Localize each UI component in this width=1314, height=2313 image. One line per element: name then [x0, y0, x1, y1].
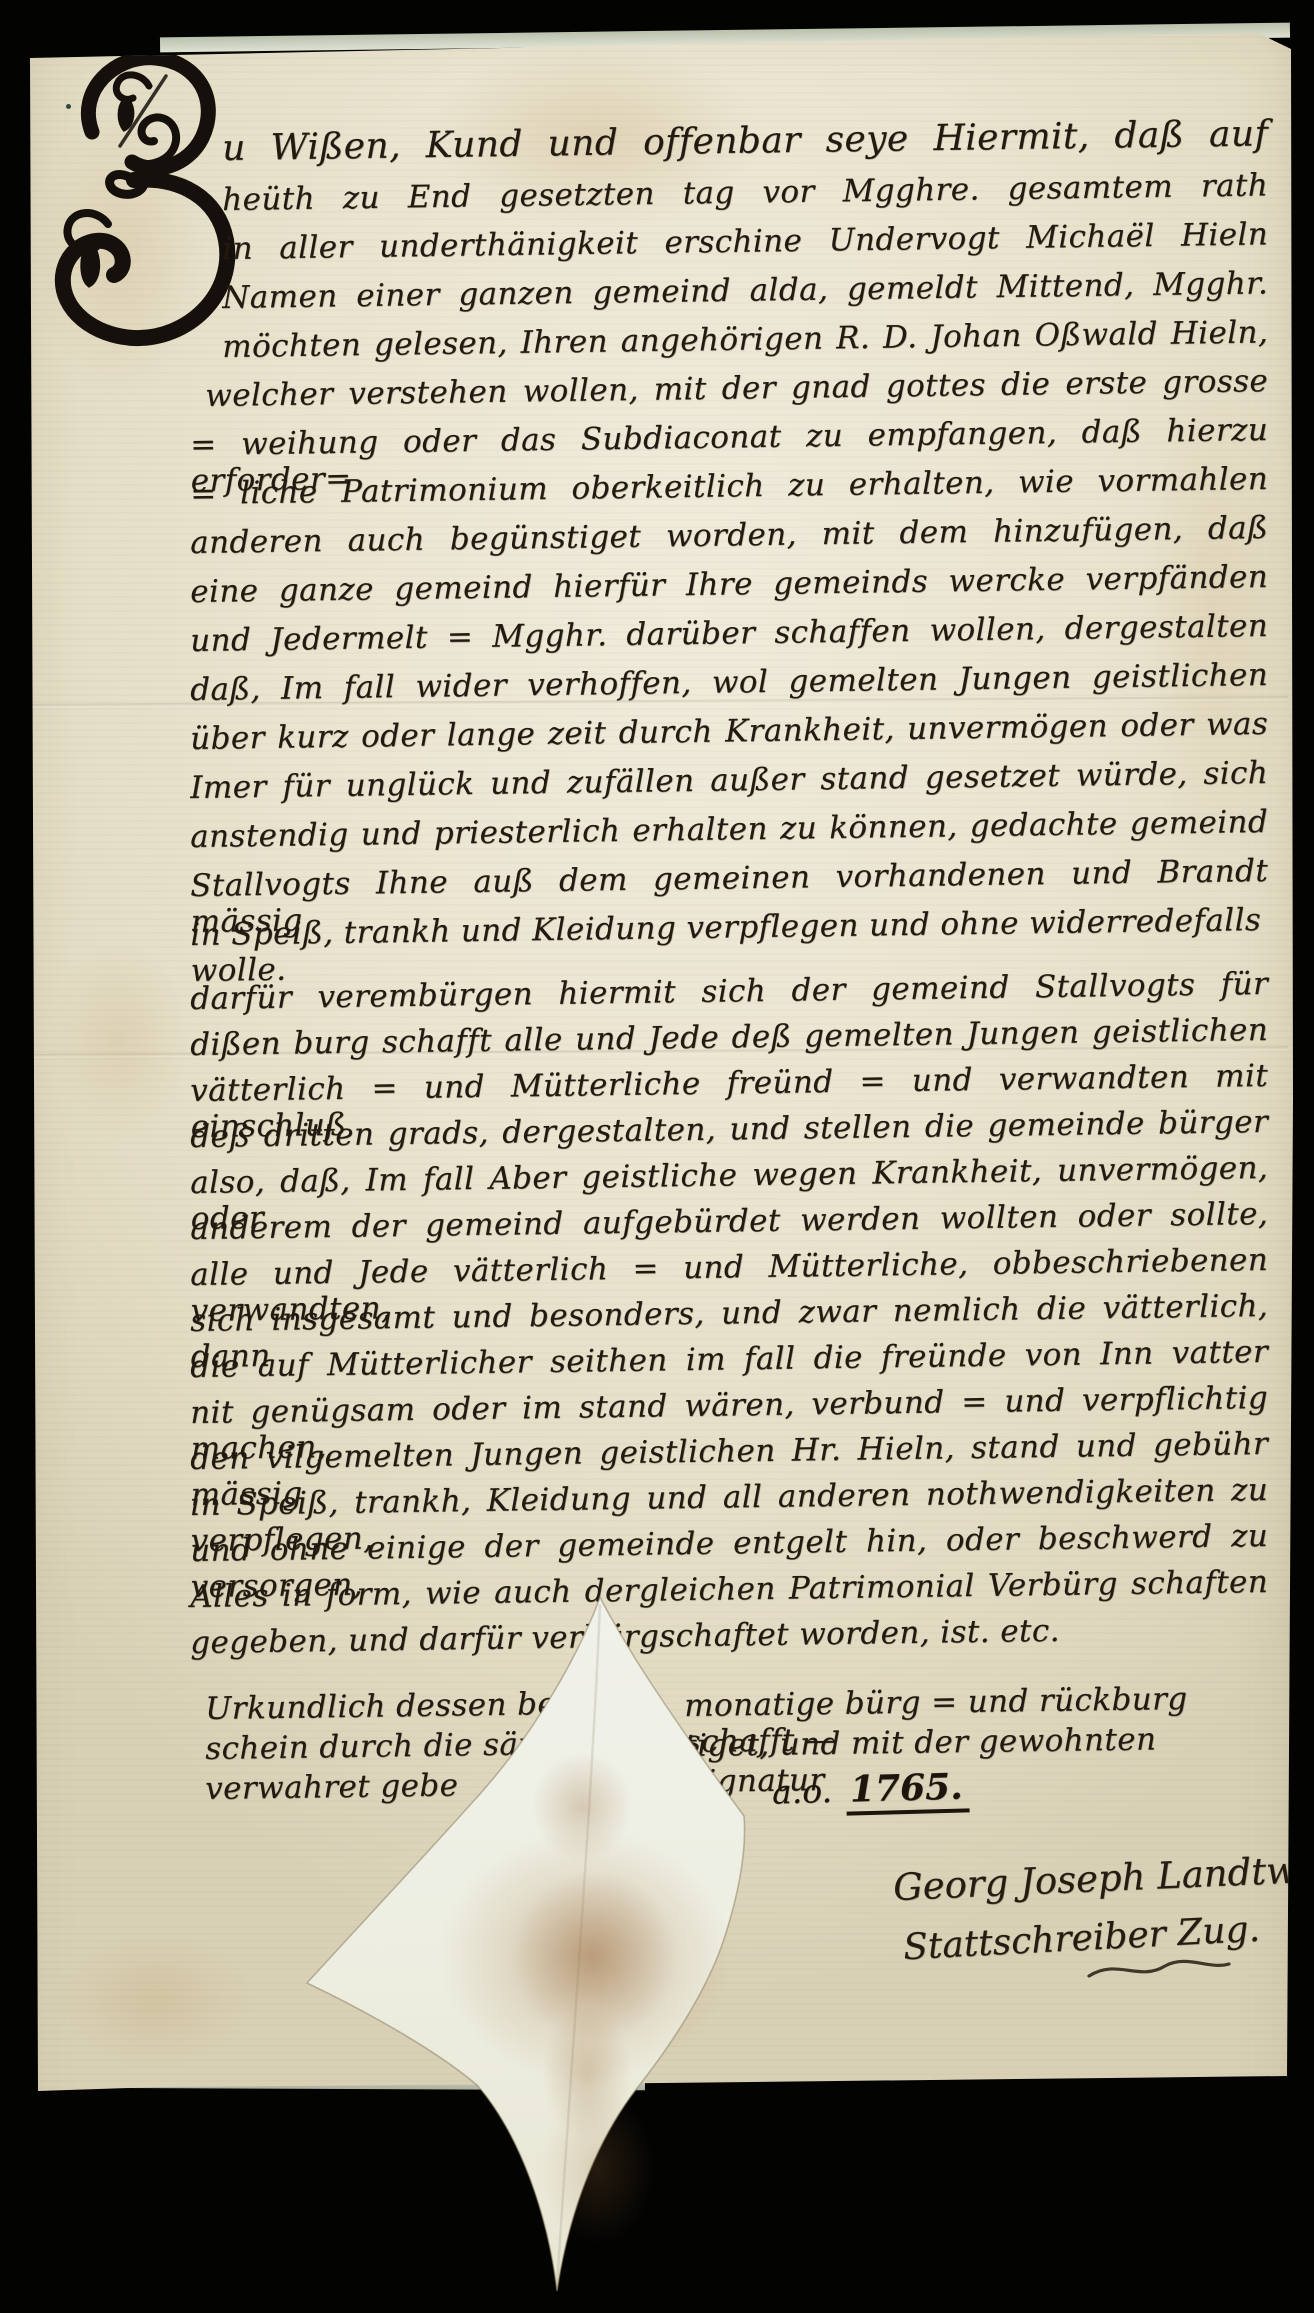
- photo-background: Z u Wißen, Kund und offenbar seye Hiermi…: [0, 0, 1314, 2313]
- seal-paper-flap: [0, 0, 1314, 2313]
